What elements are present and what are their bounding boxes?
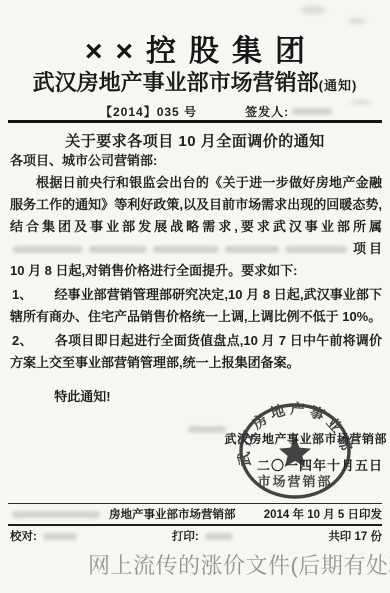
- list-item-1: 1、经事业部营销管理部研究决定,10 月 8 日起,武汉事业部下辖所有商办、住宅…: [10, 284, 382, 328]
- redacted-proofreader-name: [43, 533, 77, 540]
- issuer-label: 签发人:: [245, 103, 289, 120]
- company-group-title: ××控股集团: [0, 26, 390, 70]
- redacted-project-names: [13, 246, 83, 253]
- official-round-seal: 武汉房地产事业部 市场营销部: [237, 401, 355, 501]
- seal-bottom-text: 市场营销部: [257, 474, 332, 489]
- footer-issuing-org: 房地产事业部市场营销部: [109, 506, 236, 522]
- image-caption: 网上流传的涨价文件(后期有处理): [0, 549, 390, 580]
- redacted-project-names: [225, 246, 279, 253]
- footer-issue-band: 房地产事业部市场营销部 2014 年 10 月 5 日印发: [8, 503, 382, 526]
- list-item-2: 2、各项目即日起进行全面货值盘点,10 月 7 日中午前将调价方案上交至事业部营…: [10, 330, 382, 374]
- scan-speck: [348, 18, 366, 24]
- scan-speck: [300, 6, 326, 14]
- proofread-label: 校对:: [10, 528, 37, 544]
- department-title: 武汉房地产事业部市场营销部(通知): [0, 66, 390, 97]
- print-label: 打印:: [172, 528, 199, 544]
- seal-star-icon: [279, 437, 311, 467]
- redacted-project-names: [153, 246, 219, 253]
- notice-title: 关于要求各项目 10 月全面调价的通知: [0, 130, 390, 151]
- header-divider-rule: [8, 120, 382, 123]
- footer-print-info-row: 校对: 打印: 共印 17 份: [10, 528, 382, 544]
- salutation: 各项目、城市公司营销部:: [10, 150, 382, 172]
- copies-count: 共印 17 份: [328, 528, 382, 544]
- redacted-project-names: [89, 246, 147, 253]
- document-number: 【2014】035 号: [100, 103, 197, 120]
- redacted-margin-marks: [188, 426, 226, 433]
- list-item-1-number: 1、: [12, 287, 32, 302]
- redacted-project-names: [285, 246, 347, 253]
- redacted-printer-name: [205, 533, 233, 540]
- scanned-notice-document: ××控股集团 武汉房地产事业部市场营销部(通知) 【2014】035 号 签发人…: [0, 0, 390, 593]
- list-item-2-text: 各项目即日起进行全面货值盘点,10 月 7 日中午前将调价方案上交至事业部营销管…: [10, 333, 382, 370]
- notice-type-suffix: (通知): [319, 78, 358, 93]
- paragraph-1-text-a: 根据日前央行和银监会出台的《关于进一步做好房地产金融服务工作的通知》等利好政策,…: [10, 175, 382, 234]
- redacted-issuer-signature: [292, 108, 332, 115]
- footer-print-date: 2014 年 10 月 5 日印发: [264, 506, 382, 522]
- notice-body: 各项目、城市公司营销部: 根据日前央行和银监会出台的《关于进一步做好房地产金融服…: [10, 150, 382, 408]
- list-item-1-text: 经事业部营销管理部研究决定,10 月 8 日起,武汉事业部下辖所有商办、住宅产品…: [10, 287, 382, 324]
- department-title-text: 武汉房地产事业部市场营销部: [33, 70, 319, 95]
- redacted-footer-org-prefix: [12, 511, 100, 518]
- list-item-2-number: 2、: [12, 333, 33, 348]
- document-number-line: 【2014】035 号 签发人:: [8, 103, 382, 120]
- paragraph-1: 根据日前央行和银监会出台的《关于进一步做好房地产金融服务工作的通知》等利好政策,…: [10, 172, 382, 282]
